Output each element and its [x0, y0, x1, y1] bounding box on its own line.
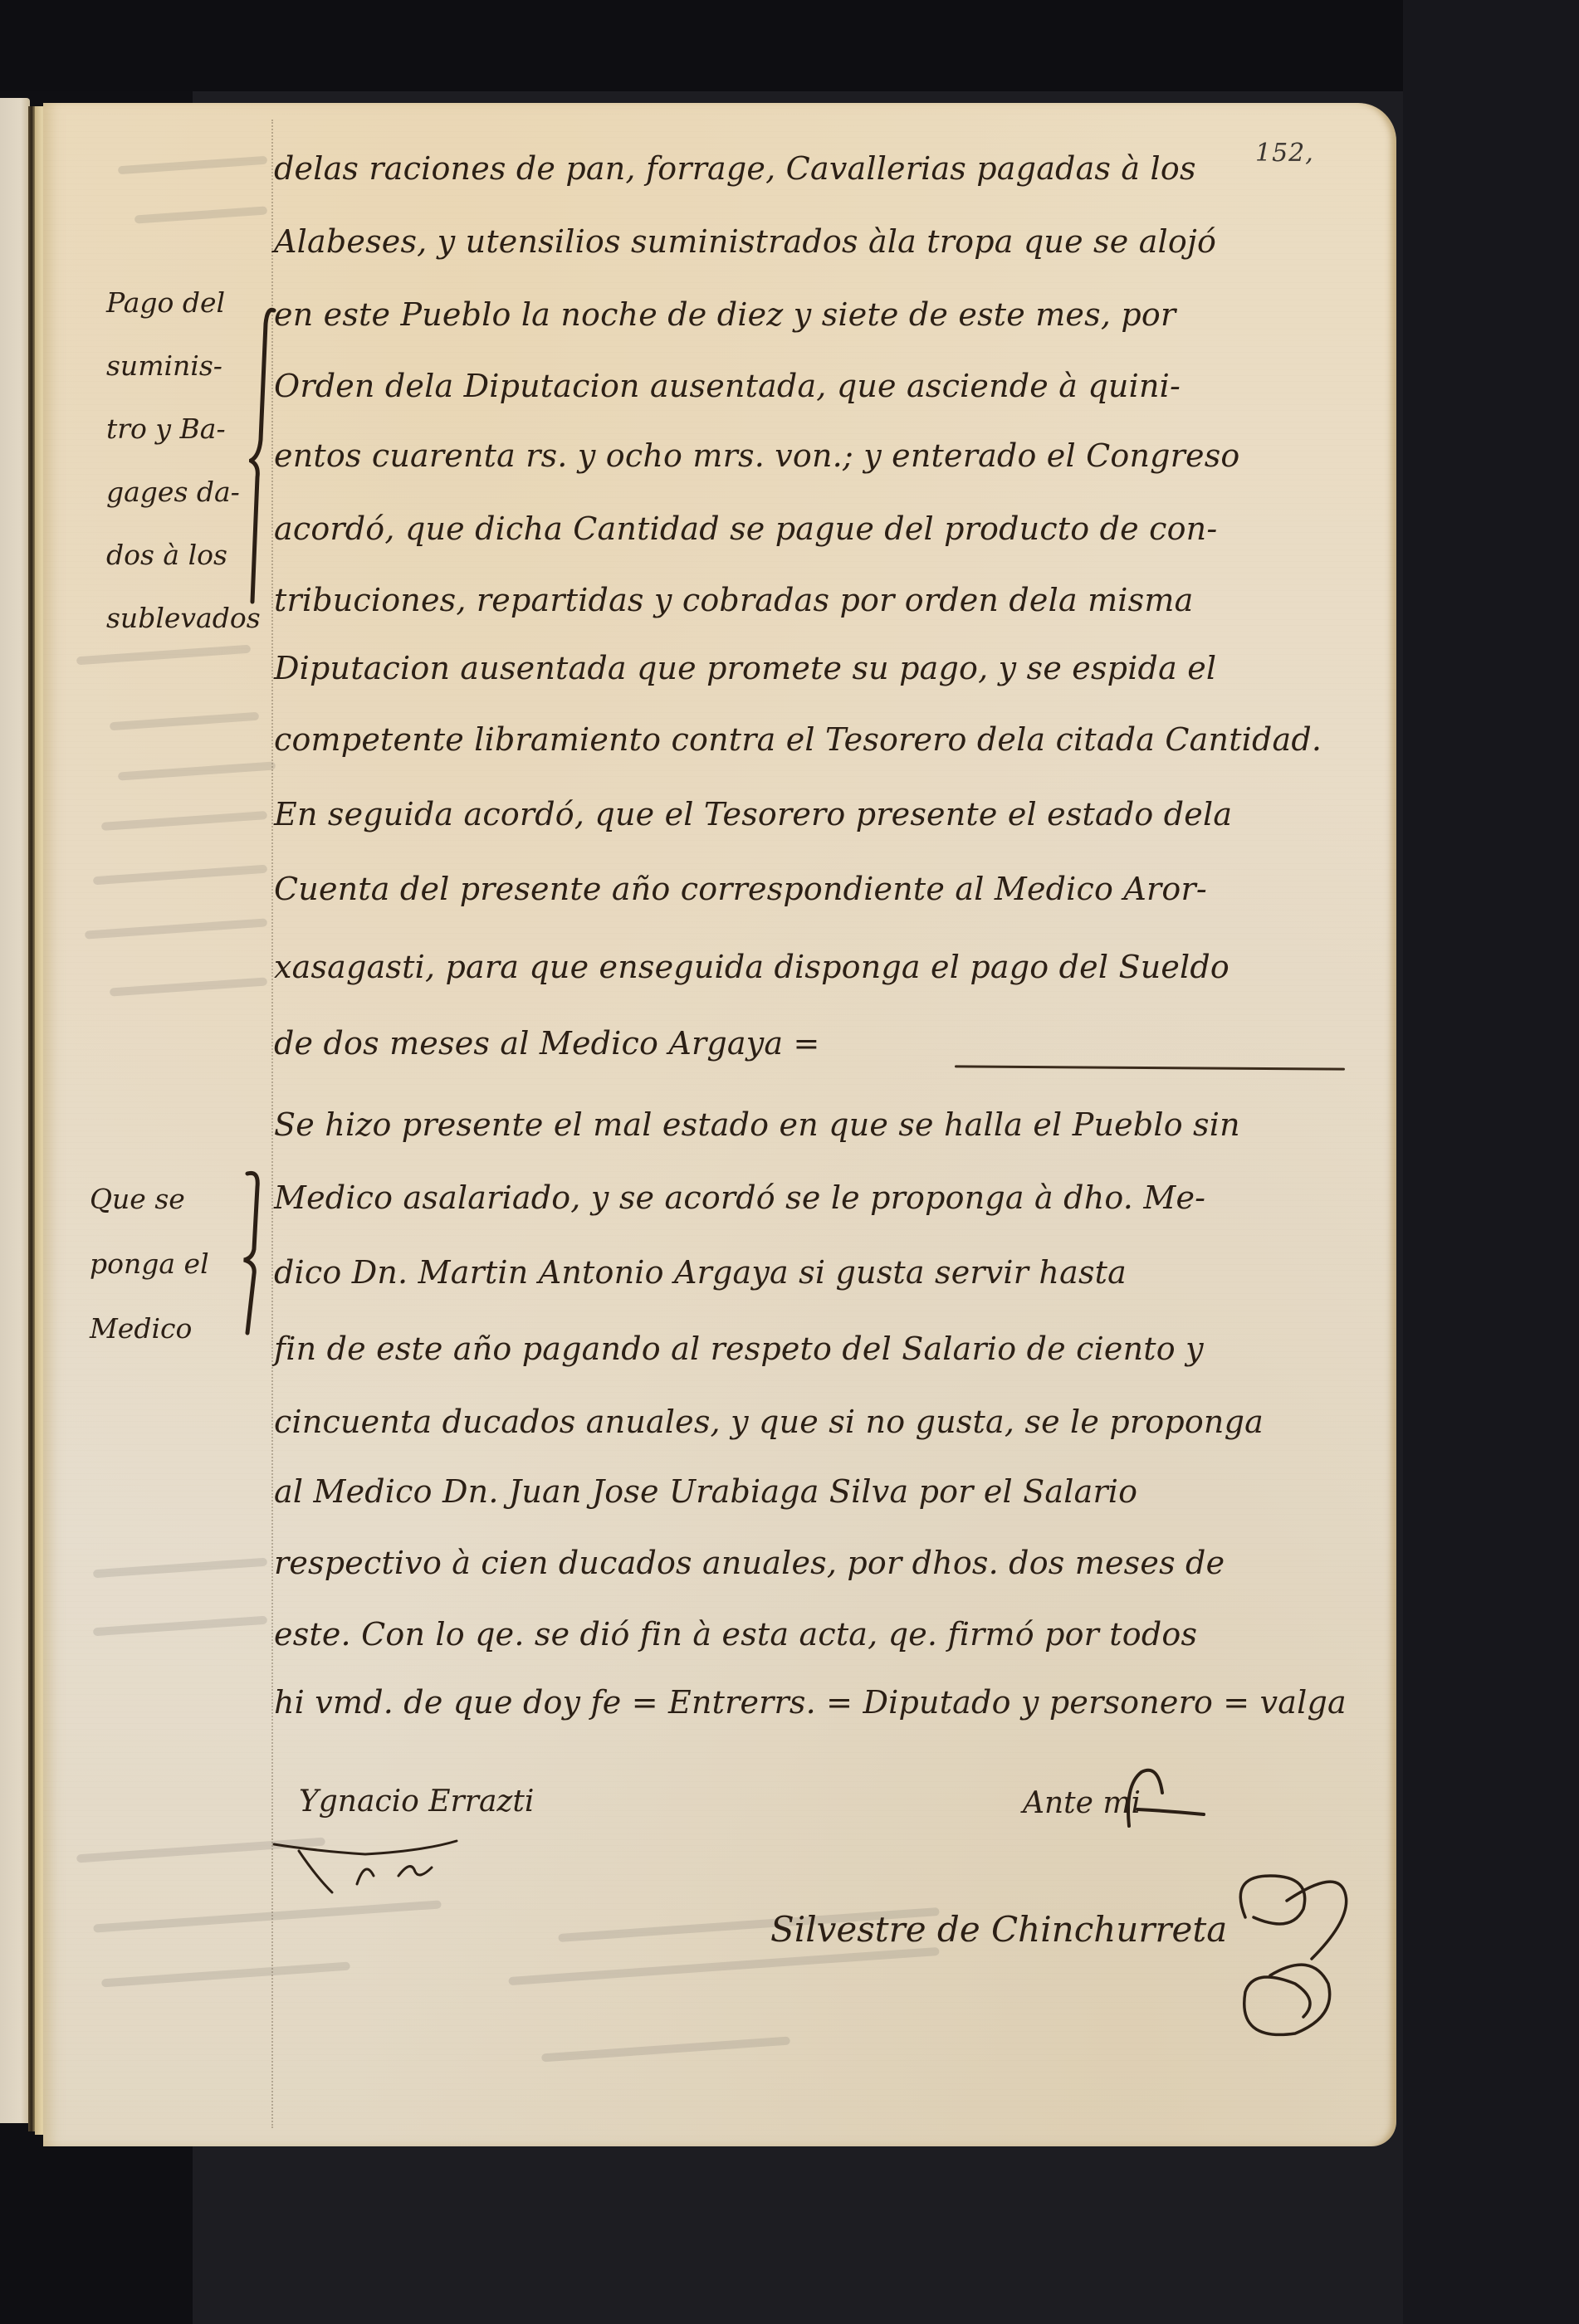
body-line: competente libramiento contra el Tesorer… — [274, 719, 1386, 760]
body-line: Se hizo presente el mal estado en que se… — [274, 1104, 1386, 1145]
body-line: hi vmd. de que doy fe = Entrerrs. = Dipu… — [274, 1682, 1386, 1723]
body-line: Medico asalariado, y se acordó se le pro… — [274, 1177, 1386, 1218]
body-line: acordó, que dicha Cantidad se pague del … — [274, 508, 1386, 549]
dark-background-top — [0, 0, 1579, 91]
margin-note-line: Que se — [90, 1164, 209, 1235]
body-line: Orden dela Diputacion ausentada, que asc… — [274, 365, 1386, 407]
body-line: en este Pueblo la noche de diez y siete … — [274, 294, 1386, 335]
body-line: tribuciones, repartidas y cobradas por o… — [274, 579, 1386, 621]
body-line: Cuenta del presente año correspondiente … — [274, 868, 1386, 910]
signature-flourish-icon — [266, 1826, 465, 1901]
margin-note-payment: Pago del suminis- tro y Ba- gages da- do… — [106, 267, 261, 654]
body-line: xasagasti, para que enseguida disponga e… — [274, 946, 1386, 988]
body-line: delas raciones de pan, forrage, Cavaller… — [274, 148, 1386, 189]
body-line: de dos meses al Medico Argaya = — [274, 1023, 1386, 1064]
body-line: fin de este año pagando al respeto del S… — [274, 1328, 1386, 1369]
margin-note-line: Pago del — [106, 267, 261, 339]
margin-note-line: gages da- — [106, 456, 261, 528]
body-line: cincuenta ducados anuales, y que si no g… — [274, 1401, 1386, 1443]
binding-gutter — [28, 106, 35, 2131]
margin-note-line: tro y Ba- — [106, 393, 261, 465]
curly-bracket-icon — [241, 1170, 274, 1336]
adjacent-page-edge — [0, 98, 30, 2123]
signature-right-lower: Silvestre de Chinchurreta — [770, 1909, 1227, 1950]
margin-note-line: suminis- — [106, 330, 261, 402]
signature-left: Ygnacio Errazti — [299, 1784, 534, 1819]
margin-note-line: sublevados — [106, 583, 261, 654]
signature-rubric-icon — [1220, 1867, 1370, 2058]
dark-background-right — [1403, 0, 1579, 2324]
margin-note-line: dos à los — [106, 520, 261, 591]
body-line: al Medico Dn. Juan Jose Urabiaga Silva p… — [274, 1471, 1386, 1512]
margin-note-line: ponga el — [90, 1228, 209, 1300]
margin-note-line: Medico — [90, 1293, 209, 1365]
body-line: Diputacion ausentada que promete su pago… — [274, 647, 1386, 689]
body-line: respectivo à cien ducados anuales, por d… — [274, 1542, 1386, 1584]
body-line: dico Dn. Martin Antonio Argaya si gusta … — [274, 1252, 1386, 1293]
signature-flourish-icon — [1079, 1760, 1212, 1834]
margin-note-doctor: Que se ponga el Medico — [90, 1164, 209, 1365]
body-line: entos cuarenta rs. y ocho mrs. von.; y e… — [274, 435, 1386, 476]
body-line: En seguida acordó, que el Tesorero prese… — [274, 793, 1386, 835]
body-line: Alabeses, y utensilios suministrados àla… — [274, 221, 1386, 262]
body-line: este. Con lo qe. se dió fin à esta acta,… — [274, 1614, 1386, 1655]
